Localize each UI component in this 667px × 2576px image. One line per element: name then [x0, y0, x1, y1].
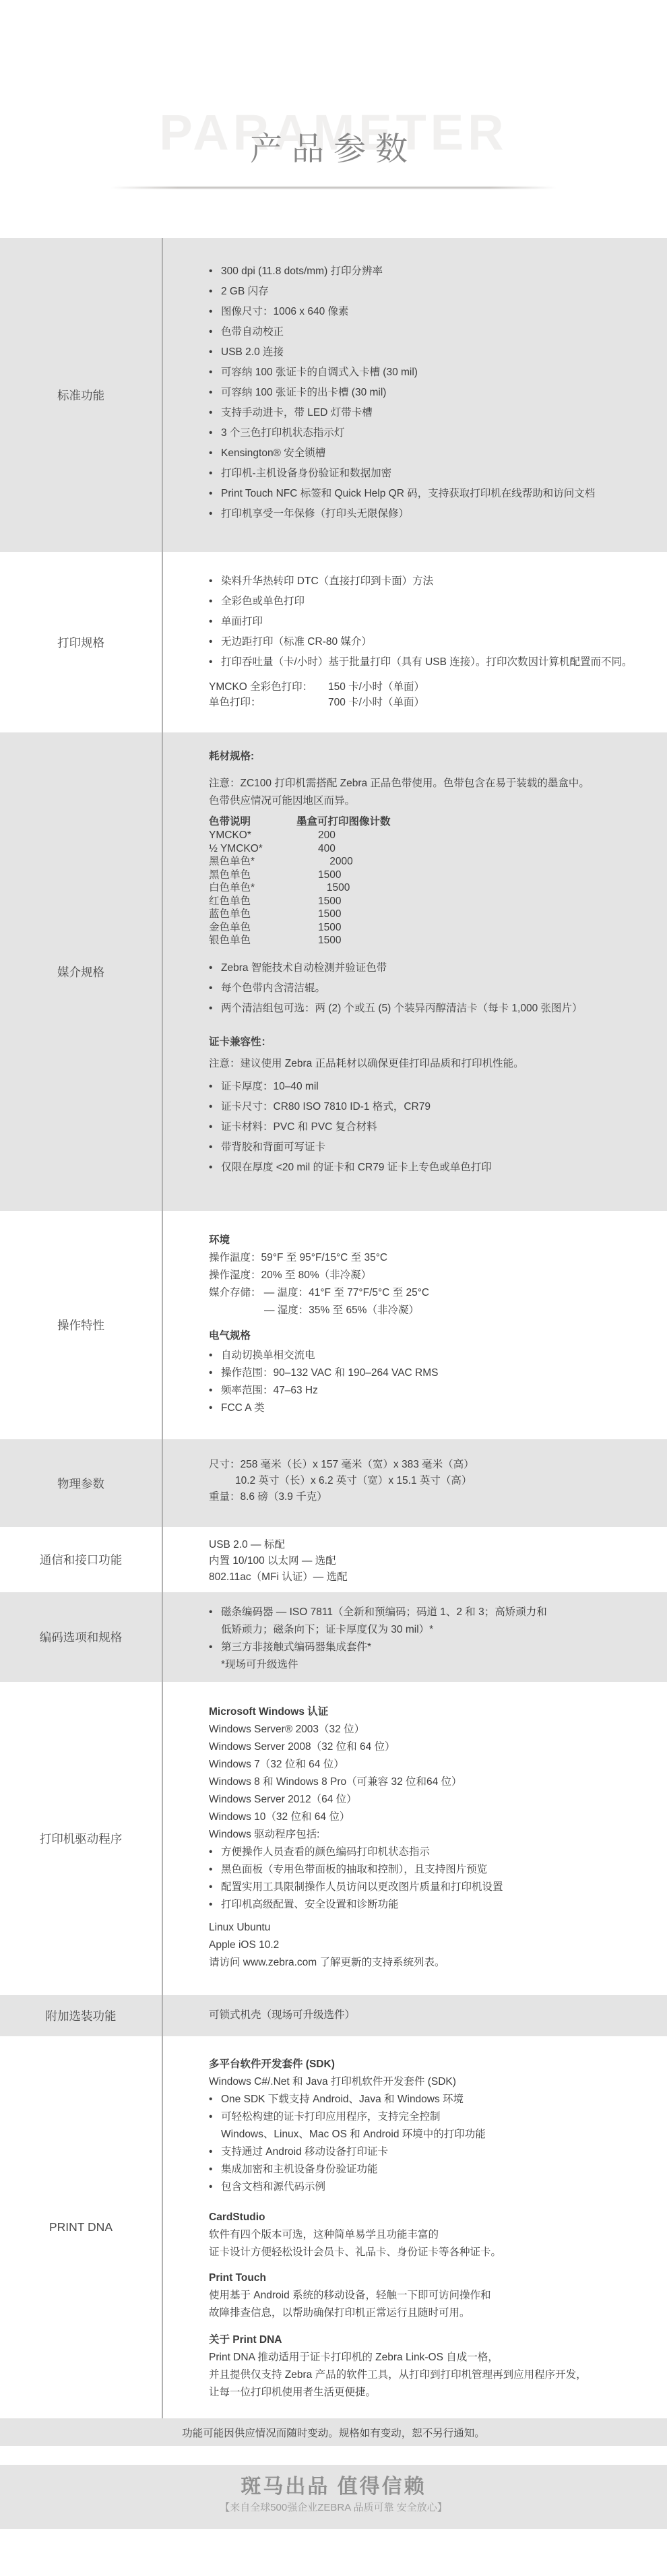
header-divider-shadow [111, 187, 556, 189]
spec-row-content: Microsoft Windows 认证Windows Server® 2003… [163, 1682, 667, 1995]
spec-bullet-line: 可轻松构建的证卡打印应用程序，支持完全控制 [209, 2108, 655, 2126]
footnote-text: 功能可能因供应情况而随时变动。规格如有变动，恕不另行通知。 [182, 2425, 485, 2440]
spec-bullet-line: 打印机-主机设备身份验证和数据加密 [209, 464, 655, 484]
spec-line: 多平台软件开发套件 (SDK) [209, 2056, 655, 2073]
spec-line: 内置 10/100 以太网 — 选配 [209, 1553, 655, 1569]
spec-row-print-specs: 打印规格染料升华热转印 DTC（直接打印到卡面）方法全彩色或单色打印单面打印无边… [0, 552, 667, 732]
spec-row-content: 多平台软件开发套件 (SDK)Windows C#/.Net 和 Java 打印… [163, 2036, 667, 2418]
spec-row-content: 尺寸：258 毫米（长）x 157 毫米（宽）x 383 毫米（高）10.2 英… [163, 1439, 667, 1527]
spec-row-operating: 操作特性环境操作温度：59°F 至 95°F/15°C 至 35°C操作湿度：2… [0, 1211, 667, 1439]
spec-line: 黑色单色1500 [209, 869, 655, 882]
spec-bullet-line: 每个色带内含清洁辊。 [209, 978, 655, 999]
spec-bullet-line: 磁条编码器 — ISO 7811（全新和预编码；码道 1、2 和 3；高矫顽力和 [209, 1604, 655, 1621]
spec-bullet-line: 全彩色或单色打印 [209, 592, 655, 612]
spec-bullet-line: 两个清洁组包可选：两 (2) 个或五 (5) 个装异丙醇清洁卡（每卡 1,000… [209, 999, 655, 1019]
spec-line: 银色单色1500 [209, 934, 655, 947]
spec-line: 尺寸：258 毫米（长）x 157 毫米（宽）x 383 毫米（高） [209, 1457, 655, 1473]
spec-row-label: 媒介规格 [0, 732, 163, 1211]
spec-line: 故障排查信息，以帮助确保打印机正常运行且随时可用。 [209, 2304, 655, 2322]
spec-line [209, 1914, 655, 1919]
spec-line [209, 1019, 655, 1034]
spec-line: 耗材规格: [209, 748, 655, 765]
spec-row-label: 附加选装功能 [0, 1995, 163, 2036]
spec-line: Windows Server 2008（32 位和 64 位） [209, 1738, 655, 1756]
spec-bullet-line: One SDK 下载支持 Android、Java 和 Windows 环境 [209, 2091, 655, 2108]
spec-line: 蓝色单色1500 [209, 908, 655, 921]
spec-line: 红色单色1500 [209, 895, 655, 908]
spec-bullet-line: 打印机享受一年保修（打印头无限保修） [209, 504, 655, 524]
spec-row-content: 耗材规格:注意：ZC100 打印机需搭配 Zebra 正品色带使用。色带包含在易… [163, 732, 667, 1211]
spec-bullet-line: 自动切换单相交流电 [209, 1347, 655, 1364]
spec-bullet-line: 支持通过 Android 移动设备打印证卡 [209, 2143, 655, 2161]
spec-bullet-line: 方便操作人员查看的颜色编码打印机状态指示 [209, 1844, 655, 1861]
spec-row-physical: 物理参数尺寸：258 毫米（长）x 157 毫米（宽）x 383 毫米（高）10… [0, 1439, 667, 1527]
spec-line: Apple iOS 10.2 [209, 1937, 655, 1954]
spec-line: Linux Ubuntu [209, 1919, 655, 1937]
spec-row-content: 染料升华热转印 DTC（直接打印到卡面）方法全彩色或单色打印单面打印无边距打印（… [163, 552, 667, 732]
spec-line [209, 765, 655, 775]
spec-bullet-line: 黑色面板（专用色带面板的抽取和控制），且支持图片预览 [209, 1861, 655, 1879]
spec-row-connectivity: 通信和接口功能USB 2.0 — 标配内置 10/100 以太网 — 选配802… [0, 1527, 667, 1592]
spec-row-content: 磁条编码器 — ISO 7811（全新和预编码；码道 1、2 和 3；高矫顽力和… [163, 1592, 667, 1682]
spec-table: 标准功能300 dpi (11.8 dots/mm) 打印分辨率2 GB 闪存图… [0, 238, 667, 2418]
spec-line: 使用基于 Android 系统的移动设备，轻触一下即可访问操作和 [209, 2287, 655, 2304]
spec-bullet-line: Zebra 智能技术自动检测并验证色带 [209, 958, 655, 978]
spec-line: 并且提供仅支持 Zebra 产品的软件工具，从打印到打印机管理再到应用程序开发， [209, 2366, 655, 2384]
spec-bullet-line: 集成加密和主机设备身份验证功能 [209, 2161, 655, 2178]
spec-line [209, 2322, 655, 2331]
spec-bullet-line: 可容纳 100 张证卡的自调式入卡槽 (30 mil) [209, 363, 655, 383]
spec-row-optional: 附加选装功能可锁式机壳（现场可升级选件） [0, 1995, 667, 2036]
spec-line [209, 2196, 655, 2209]
spec-line: YMCKO*200 [209, 829, 655, 842]
spec-row-encoding: 编码选项和规格磁条编码器 — ISO 7811（全新和预编码；码道 1、2 和 … [0, 1592, 667, 1682]
spec-row-label: 打印规格 [0, 552, 163, 732]
spec-line: — 湿度：35% 至 65%（非冷凝） [209, 1302, 655, 1319]
spec-bullet-line: USB 2.0 连接 [209, 342, 655, 363]
spec-line: Print Touch [209, 2269, 655, 2287]
spec-row-label: 打印机驱动程序 [0, 1682, 163, 1995]
spec-bullet-line: 3 个三色打印机状态指示灯 [209, 423, 655, 443]
footer-gap [0, 2446, 667, 2465]
spec-line: Windows Server® 2003（32 位） [209, 1721, 655, 1738]
spec-line: Windows 7（32 位和 64 位） [209, 1756, 655, 1773]
spec-line: 单色打印：700 卡/小时（单面） [209, 695, 655, 710]
spec-bullet-line: 无边距打印（标准 CR-80 媒介） [209, 632, 655, 652]
spec-row-content: 环境操作温度：59°F 至 95°F/15°C 至 35°C操作湿度：20% 至… [163, 1211, 667, 1439]
spec-bullet-line: 证卡尺寸：CR80 ISO 7810 ID-1 格式，CR79 [209, 1097, 655, 1117]
spec-line [209, 1319, 655, 1327]
spec-line: 10.2 英寸（长）x 6.2 英寸（宽）x 15.1 英寸（高） [209, 1473, 655, 1489]
spec-bullet-line: 单面打印 [209, 612, 655, 632]
spec-bullet-line: 可容纳 100 张证卡的出卡槽 (30 mil) [209, 383, 655, 403]
spec-line: 可锁式机壳（现场可升级选件） [209, 2007, 655, 2024]
spec-row-content: 可锁式机壳（现场可升级选件） [163, 1995, 667, 2036]
spec-line: Windows 驱动程序包括: [209, 1826, 655, 1844]
spec-line: Windows、Linux、Mac OS 和 Android 环境中的打印功能 [209, 2126, 655, 2143]
spec-bullet-line: 染料升华热转印 DTC（直接打印到卡面）方法 [209, 571, 655, 592]
spec-line: 色带供应情况可能因地区而异。 [209, 792, 655, 810]
spec-bullet-line: 色带自动校正 [209, 322, 655, 342]
spec-line: 媒介存储： — 温度：41°F 至 77°F/5°C 至 25°C [209, 1284, 655, 1302]
spec-line: 证卡设计方便轻松设计会员卡、礼品卡、身份证卡等各种证卡。 [209, 2244, 655, 2261]
spec-row-label: 编码选项和规格 [0, 1592, 163, 1682]
spec-bullet-line: 频率范围：47–63 Hz [209, 1382, 655, 1400]
spec-line: 注意：ZC100 打印机需搭配 Zebra 正品色带使用。色带包含在易于装载的墨… [209, 775, 655, 792]
spec-line: Windows C#/.Net 和 Java 打印机软件开发套件 (SDK) [209, 2073, 655, 2091]
spec-line: ½ YMCKO*400 [209, 842, 655, 856]
spec-bullet-line: 打印吞吐量（卡/小时）基于批量打印（具有 USB 连接）。打印次数因计算机配置而… [209, 652, 655, 672]
spec-row-label: 通信和接口功能 [0, 1527, 163, 1592]
spec-line: 白色单色* 1500 [209, 881, 655, 895]
spec-bullet-line: 打印机高级配置、安全设置和诊断功能 [209, 1896, 655, 1914]
spec-line: 色带说明墨盒可打印图像计数 [209, 815, 655, 829]
spec-line: USB 2.0 — 标配 [209, 1537, 655, 1553]
spec-line: Windows 10（32 位和 64 位） [209, 1809, 655, 1826]
brand-footer: 斑马出品 值得信赖 【来自全球500强企业ZEBRA 品质可靠 安全放心】 [0, 2465, 667, 2529]
spec-line: CardStudio [209, 2209, 655, 2226]
spec-bullet-line: 第三方非接触式编码器集成套件* [209, 1639, 655, 1656]
spec-bullet-line: 300 dpi (11.8 dots/mm) 打印分辨率 [209, 261, 655, 282]
brand-subtitle: 【来自全球500强企业ZEBRA 品质可靠 安全放心】 [0, 2502, 667, 2514]
spec-bullet-line: 带背胶和背面可写证卡 [209, 1137, 655, 1158]
spec-line: Microsoft Windows 认证 [209, 1703, 655, 1721]
spec-bullet-line: 支持手动进卡，带 LED 灯带卡槽 [209, 403, 655, 423]
spec-line: 低矫顽力；磁条向下；证卡厚度仅为 30 mil）* [209, 1621, 655, 1639]
spec-bullet-line: Kensington® 安全锁槽 [209, 443, 655, 464]
spec-line: 注意：建议使用 Zebra 正品耗材以确保更佳打印品质和打印机性能。 [209, 1055, 655, 1073]
spec-row-label: 操作特性 [0, 1211, 163, 1439]
spec-line: Windows 8 和 Windows 8 Pro（可兼容 32 位和64 位） [209, 1773, 655, 1791]
footnote-bar: 功能可能因供应情况而随时变动。规格如有变动，恕不另行通知。 [0, 2418, 667, 2446]
spec-line: Print DNA 推动适用于证卡打印机的 Zebra Link-OS 自成一格… [209, 2349, 655, 2366]
spec-line: *现场可升级选件 [209, 1656, 655, 1674]
spec-line: 操作温度：59°F 至 95°F/15°C 至 35°C [209, 1249, 655, 1267]
page-header: PARAMETER 产品参数 [0, 0, 667, 238]
spec-line: 环境 [209, 1232, 655, 1249]
page-title: 产品参数 [0, 132, 667, 168]
brand-slogan: 斑马出品 值得信赖 [0, 2476, 667, 2499]
spec-bullet-line: 仅限在厚度 <20 mil 的证卡和 CR79 证卡上专色或单色打印 [209, 1158, 655, 1178]
spec-bullet-line: 操作范围：90–132 VAC 和 190–264 VAC RMS [209, 1364, 655, 1382]
spec-row-media-specs: 媒介规格耗材规格:注意：ZC100 打印机需搭配 Zebra 正品色带使用。色带… [0, 732, 667, 1211]
spec-line: 操作湿度：20% 至 80%（非冷凝） [209, 1267, 655, 1284]
spec-line: 关于 Print DNA [209, 2331, 655, 2349]
spec-line: 金色单色1500 [209, 921, 655, 935]
spec-line: 802.11ac（MFi 认证）— 选配 [209, 1569, 655, 1585]
spec-bullet-line: 2 GB 闪存 [209, 282, 655, 302]
spec-line [209, 2261, 655, 2269]
spec-row-label: PRINT DNA [0, 2036, 163, 2418]
spec-row-drivers: 打印机驱动程序Microsoft Windows 认证Windows Serve… [0, 1682, 667, 1995]
spec-bullet-line: 包含文档和源代码示例 [209, 2178, 655, 2196]
spec-bullet-line: 证卡材料：PVC 和 PVC 复合材料 [209, 1117, 655, 1137]
spec-row-content: 300 dpi (11.8 dots/mm) 打印分辨率2 GB 闪存图像尺寸：… [163, 238, 667, 552]
spec-line: 让每一位打印机使用者生活更便捷。 [209, 2384, 655, 2401]
spec-bullet-line: 图像尺寸：1006 x 640 像素 [209, 302, 655, 322]
spec-line: Windows Server 2012（64 位） [209, 1791, 655, 1809]
spec-row-print-dna: PRINT DNA多平台软件开发套件 (SDK)Windows C#/.Net … [0, 2036, 667, 2418]
spec-line: YMCKO 全彩色打印：150 卡/小时（单面） [209, 679, 655, 695]
spec-line: 电气规格 [209, 1327, 655, 1345]
spec-line: 软件有四个版本可选，这种简单易学且功能丰富的 [209, 2226, 655, 2244]
spec-bullet-line: FCC A 类 [209, 1400, 655, 1417]
spec-line [209, 947, 655, 958]
spec-bullet-line: 配置实用工具限制操作人员访问以更改图片质量和打印机设置 [209, 1879, 655, 1896]
spec-row-label: 物理参数 [0, 1439, 163, 1527]
spec-row-standard-features: 标准功能300 dpi (11.8 dots/mm) 打印分辨率2 GB 闪存图… [0, 238, 667, 552]
spec-line [209, 810, 655, 815]
spec-row-label: 标准功能 [0, 238, 163, 552]
spec-bullet-line: 证卡厚度：10–40 mil [209, 1077, 655, 1097]
spec-bullet-line: Print Touch NFC 标签和 Quick Help QR 码，支持获取… [209, 484, 655, 504]
spec-line: 请访问 www.zebra.com 了解更新的支持系统列表。 [209, 1954, 655, 1972]
spec-line: 黑色单色* 2000 [209, 855, 655, 869]
spec-line: 证卡兼容性： [209, 1034, 655, 1051]
spec-row-content: USB 2.0 — 标配内置 10/100 以太网 — 选配802.11ac（M… [163, 1527, 667, 1592]
bottom-spacer [0, 2529, 667, 2576]
spec-line [209, 672, 655, 679]
spec-line: 重量：8.6 磅（3.9 千克） [209, 1489, 655, 1505]
